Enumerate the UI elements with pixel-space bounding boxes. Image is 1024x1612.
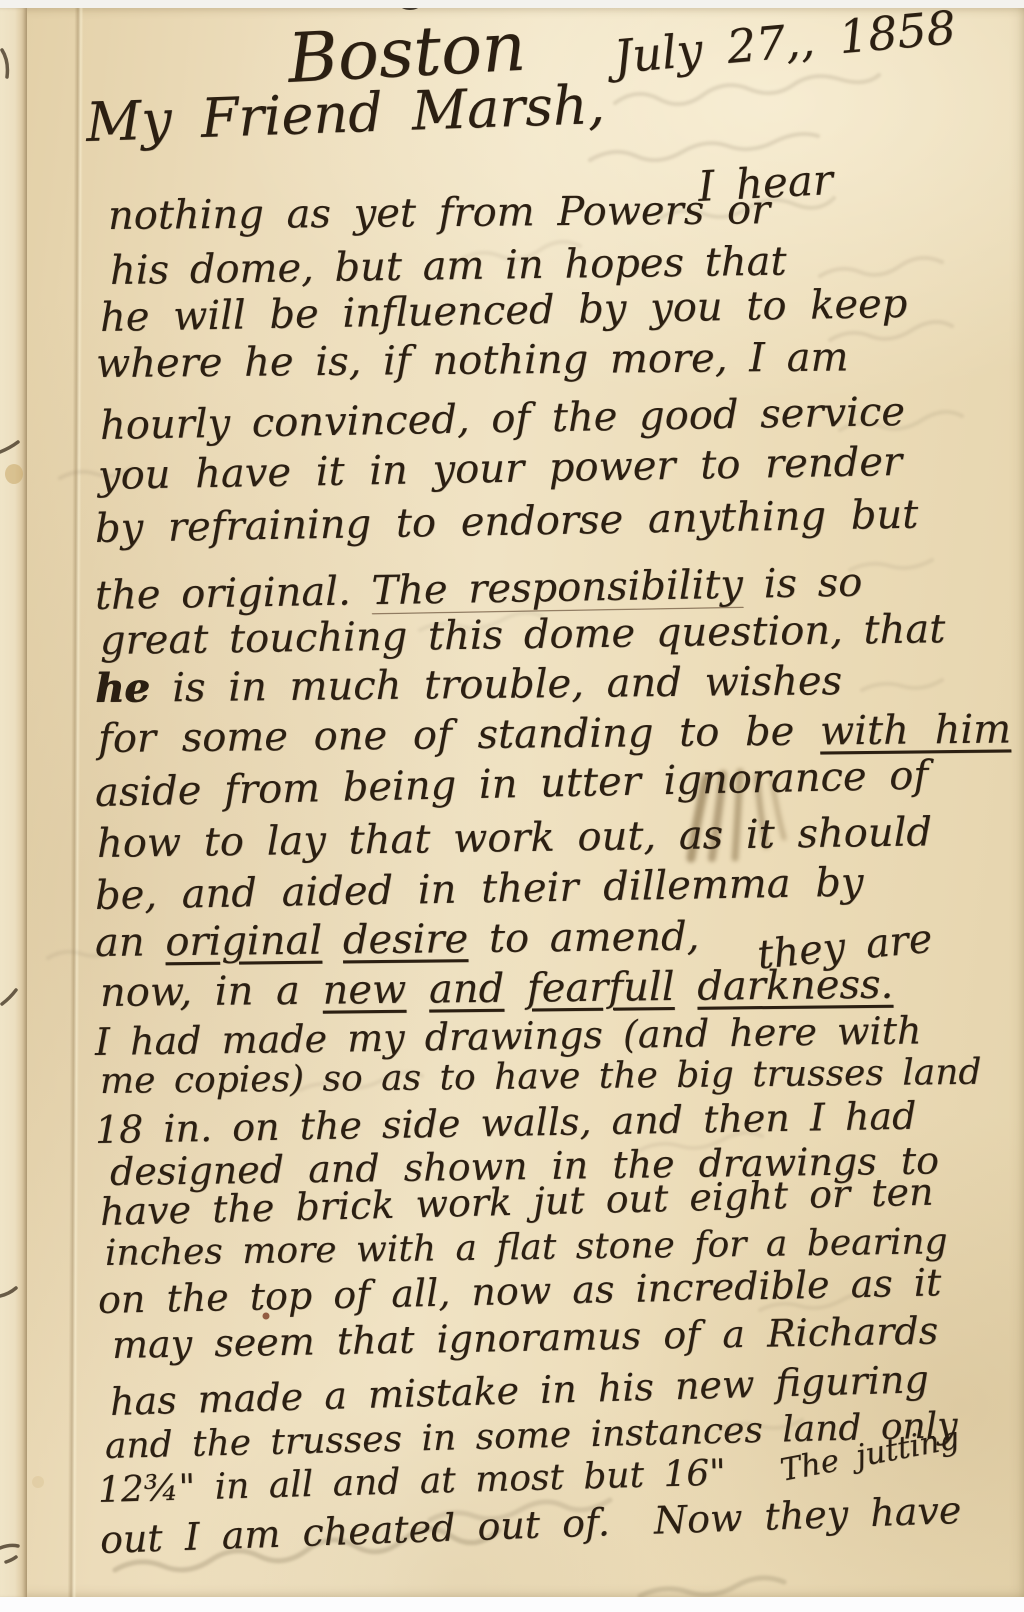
adjacent-page-edge [0,8,27,1598]
line-text: where he is, if nothing more, I am [96,334,849,387]
letter-line: for some one of standing to be with him [98,709,1011,759]
fold-crease [68,8,84,1598]
line-text: for some one of standing to be [98,708,820,762]
letter-line: me copies) so as to have the big trusses… [100,1055,982,1100]
line-text [406,967,429,1013]
dateline-date: July 27,, 1858 [612,8,958,80]
line-text [504,966,527,1012]
letter-line: nothing as yet from Powers or [108,190,771,236]
line-text: hourly convinced, of the good service [100,389,906,449]
scan-margin-bottom [0,1597,1024,1612]
line-text: the original. [95,568,372,619]
salutation: My Friend Marsh, [85,78,606,150]
letter-line: be, and aided in their dillemma by [95,863,864,916]
underlined-text: desire [343,916,469,963]
line-text: nothing as yet from Powers or [108,187,771,239]
letter-line: by refraining to endorse anything but [95,495,919,549]
line-text [322,917,343,963]
underlined-text: with him [820,706,1012,754]
line-text: aside from being in utter ignorance of [95,753,929,816]
letter-line: where he is, if nothing more, I am [96,337,849,384]
line-text: by refraining to endorse anything but [95,492,919,552]
underlined-text: The responsibility [371,562,743,614]
letter-line: how to lay that work out, as it should [97,812,933,864]
line-text: is in much trouble, and wishes [149,658,842,711]
letter-line: now, in a new and fearfull darkness. [100,965,894,1013]
letter-line: he will be influenced by you to keep [100,284,908,338]
letter-line: an original desire to amend, they are [95,914,917,963]
underlined-text: original [165,918,322,966]
line-text: be, and aided in their dillemma by [95,860,864,919]
line-text [674,964,697,1010]
letter-line: great touching this dome question, that [100,609,946,661]
scanned-letter-page: { "letter": { "dateline": { "place": "Bo… [0,0,1024,1612]
underlined-text: and [429,966,505,1013]
underlined-text: darkness. [697,962,893,1010]
underlined-text: fearfull [527,964,675,1012]
line-text: how to lay that work out, as it should [97,809,933,867]
letter-paper: Boston July 27,, 1858 My Friend Marsh, I… [0,8,1024,1598]
line-text: you have it in your power to render [98,439,903,499]
letter-line: aside from being in utter ignorance of [95,756,929,813]
letter-line: he is in much trouble, and wishes [95,661,842,709]
letter-line: hourly convinced, of the good service [100,392,906,446]
letter-line: you have it in your power to render [98,442,903,496]
line-text: now, in a [100,968,323,1016]
letter-line: his dome, but am in hopes that [110,242,787,291]
overwritten-word: he [95,664,150,712]
line-text: is so [743,560,863,608]
line-text: to amend, [468,913,741,962]
dateline-date-text: July 27,, 1858 [612,8,958,84]
line-text: an [95,919,166,966]
salutation-text: My Friend Marsh, [85,73,606,154]
underlined-text: new [322,967,406,1014]
letter-line: may seem that ignoramus of a Richards [112,1312,939,1364]
